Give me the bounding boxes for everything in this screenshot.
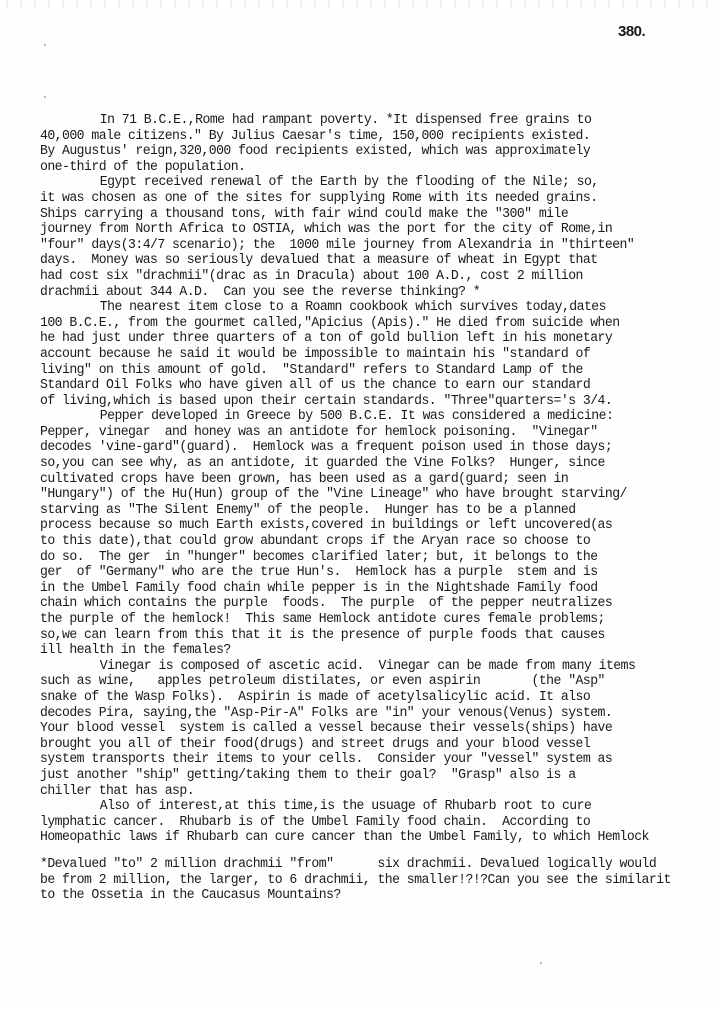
scan-speck bbox=[540, 962, 542, 964]
text-line: the purple of the hemlock! This same Hem… bbox=[40, 612, 716, 628]
text-line: By Augustus' reign,320,000 food recipien… bbox=[40, 144, 716, 160]
text-line: Egypt received renewal of the Earth by t… bbox=[40, 175, 716, 191]
scanned-document-page: 380. In 71 B.C.E.,Rome had rampant pover… bbox=[0, 0, 720, 1009]
text-line: "four" days(3:4/7 scenario); the 1000 mi… bbox=[40, 238, 716, 254]
text-line: drachmii about 344 A.D. Can you see the … bbox=[40, 285, 716, 301]
scan-speck bbox=[44, 96, 46, 98]
text-line: in the Umbel Family food chain while pep… bbox=[40, 581, 716, 597]
text-line: Vinegar is composed of ascetic acid. Vin… bbox=[40, 659, 716, 675]
footnote-line: to the Ossetia in the Caucasus Mountains… bbox=[40, 888, 716, 904]
text-line: system transports their items to your ce… bbox=[40, 752, 716, 768]
footnote-line: *Devalued "to" 2 million drachmii "from"… bbox=[40, 857, 716, 873]
text-line: The nearest item close to a Roamn cookbo… bbox=[40, 300, 716, 316]
text-line: just another "ship" getting/taking them … bbox=[40, 768, 716, 784]
text-line: living" on this amount of gold. "Standar… bbox=[40, 363, 716, 379]
text-line: 40,000 male citizens." By Julius Caesar'… bbox=[40, 129, 716, 145]
scan-speck bbox=[44, 44, 46, 46]
page-number: 380. bbox=[618, 23, 645, 40]
footnote: *Devalued "to" 2 million drachmii "from"… bbox=[40, 857, 720, 904]
text-line: Your blood vessel system is called a ves… bbox=[40, 721, 716, 737]
footnote-line: be from 2 million, the larger, to 6 drac… bbox=[40, 873, 716, 889]
text-line: process because so much Earth exists,cov… bbox=[40, 518, 716, 534]
scan-artifact-strip bbox=[0, 0, 720, 8]
text-line: ger of "Germany" who are the true Hun's.… bbox=[40, 565, 716, 581]
text-line: had cost six "drachmii"(drac as in Dracu… bbox=[40, 269, 716, 285]
text-line: of living,which is based upon their cert… bbox=[40, 394, 716, 410]
text-line: decodes 'vine-gard"(guard). Hemlock was … bbox=[40, 440, 716, 456]
body-text: In 71 B.C.E.,Rome had rampant poverty. *… bbox=[40, 113, 720, 846]
text-line: to this date),that could grow abundant c… bbox=[40, 534, 716, 550]
text-line: he had just under three quarters of a to… bbox=[40, 331, 716, 347]
text-line: account because he said it would be impo… bbox=[40, 347, 716, 363]
text-line: it was chosen as one of the sites for su… bbox=[40, 191, 716, 207]
text-line: Pepper, vinegar and honey was an antidot… bbox=[40, 425, 716, 441]
text-line: Homeopathic laws if Rhubarb can cure can… bbox=[40, 830, 716, 846]
text-line: so,you can see why, as an antidote, it g… bbox=[40, 456, 716, 472]
text-line: ill health in the females? bbox=[40, 643, 716, 659]
text-line: lymphatic cancer. Rhubarb is of the Umbe… bbox=[40, 815, 716, 831]
text-line: so,we can learn from this that it is the… bbox=[40, 628, 716, 644]
text-line: decodes Pira, saying,the "Asp-Pir-A" Fol… bbox=[40, 706, 716, 722]
text-line: one-third of the population. bbox=[40, 160, 716, 176]
text-line: Pepper developed in Greece by 500 B.C.E.… bbox=[40, 409, 716, 425]
text-line: do so. The ger in "hunger" becomes clari… bbox=[40, 550, 716, 566]
text-line: cultivated crops have been grown, has be… bbox=[40, 472, 716, 488]
text-line: starving as "The Silent Enemy" of the pe… bbox=[40, 503, 716, 519]
text-line: In 71 B.C.E.,Rome had rampant poverty. *… bbox=[40, 113, 716, 129]
text-line: days. Money was so seriously devalued th… bbox=[40, 253, 716, 269]
text-line: snake of the Wasp Folks). Aspirin is mad… bbox=[40, 690, 716, 706]
text-line: journey from North Africa to OSTIA, whic… bbox=[40, 222, 716, 238]
text-line: such as wine, apples petroleum distilate… bbox=[40, 674, 716, 690]
text-line: Standard Oil Folks who have given all of… bbox=[40, 378, 716, 394]
text-line: chiller that has asp. bbox=[40, 784, 716, 800]
text-line: chain which contains the purple foods. T… bbox=[40, 596, 716, 612]
text-line: Also of interest,at this time,is the usu… bbox=[40, 799, 716, 815]
text-line: 100 B.C.E., from the gourmet called,"Api… bbox=[40, 316, 716, 332]
text-line: "Hungary") of the Hu(Hun) group of the "… bbox=[40, 487, 716, 503]
text-line: brought you all of their food(drugs) and… bbox=[40, 737, 716, 753]
text-line: Ships carrying a thousand tons, with fai… bbox=[40, 207, 716, 223]
